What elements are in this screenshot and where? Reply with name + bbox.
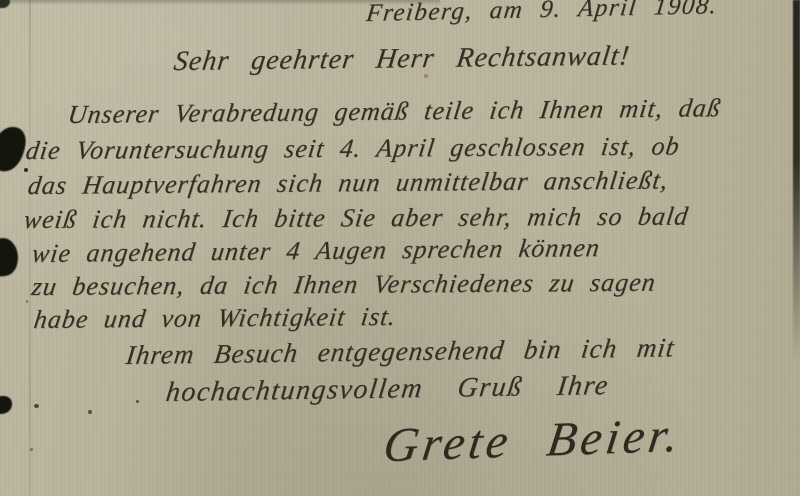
fold-crease [29,0,31,496]
ink-stain [0,236,21,278]
handwriting-line: das Hauptverfahren sich nun unmittelbar … [26,165,670,201]
closing-line: Ihrem Besuch entgegensehend bin ich mit [124,332,676,371]
handwriting-line: wie angehend unter 4 Augen sprechen könn… [30,233,602,269]
paper-speck [30,448,33,451]
ink-stain [0,396,12,414]
salutation: Sehr geehrter Herr Rechtsanwalt! [172,40,632,78]
paper-speck [88,410,92,414]
paper-speck [424,74,428,78]
paper-speck [34,404,39,408]
photo-edge-shadow [0,0,440,5]
signature: Grete Beier. [380,408,686,474]
handwriting-line: habe und von Wichtigkeit ist. [32,302,398,335]
handwriting-line: weiß ich nicht. Ich bitte Sie aber sehr,… [22,202,691,236]
photo-edge-shadow [793,0,800,360]
paper-speck [24,168,28,172]
paper-speck [26,300,28,303]
closing-line: hochachtungsvollem Gruß Ihre [164,370,611,409]
handwriting-line: zu besuchen, da ich Ihnen Verschiedenes … [30,268,658,302]
handwriting-line: die Voruntersuchung seit 4. April geschl… [24,131,682,166]
paper-speck [136,400,139,403]
handwriting-line: Unserer Verabredung gemäß teile ich Ihne… [66,93,723,130]
letter-page: Freiberg, am 9. April 1908. Sehr geehrte… [0,0,800,496]
